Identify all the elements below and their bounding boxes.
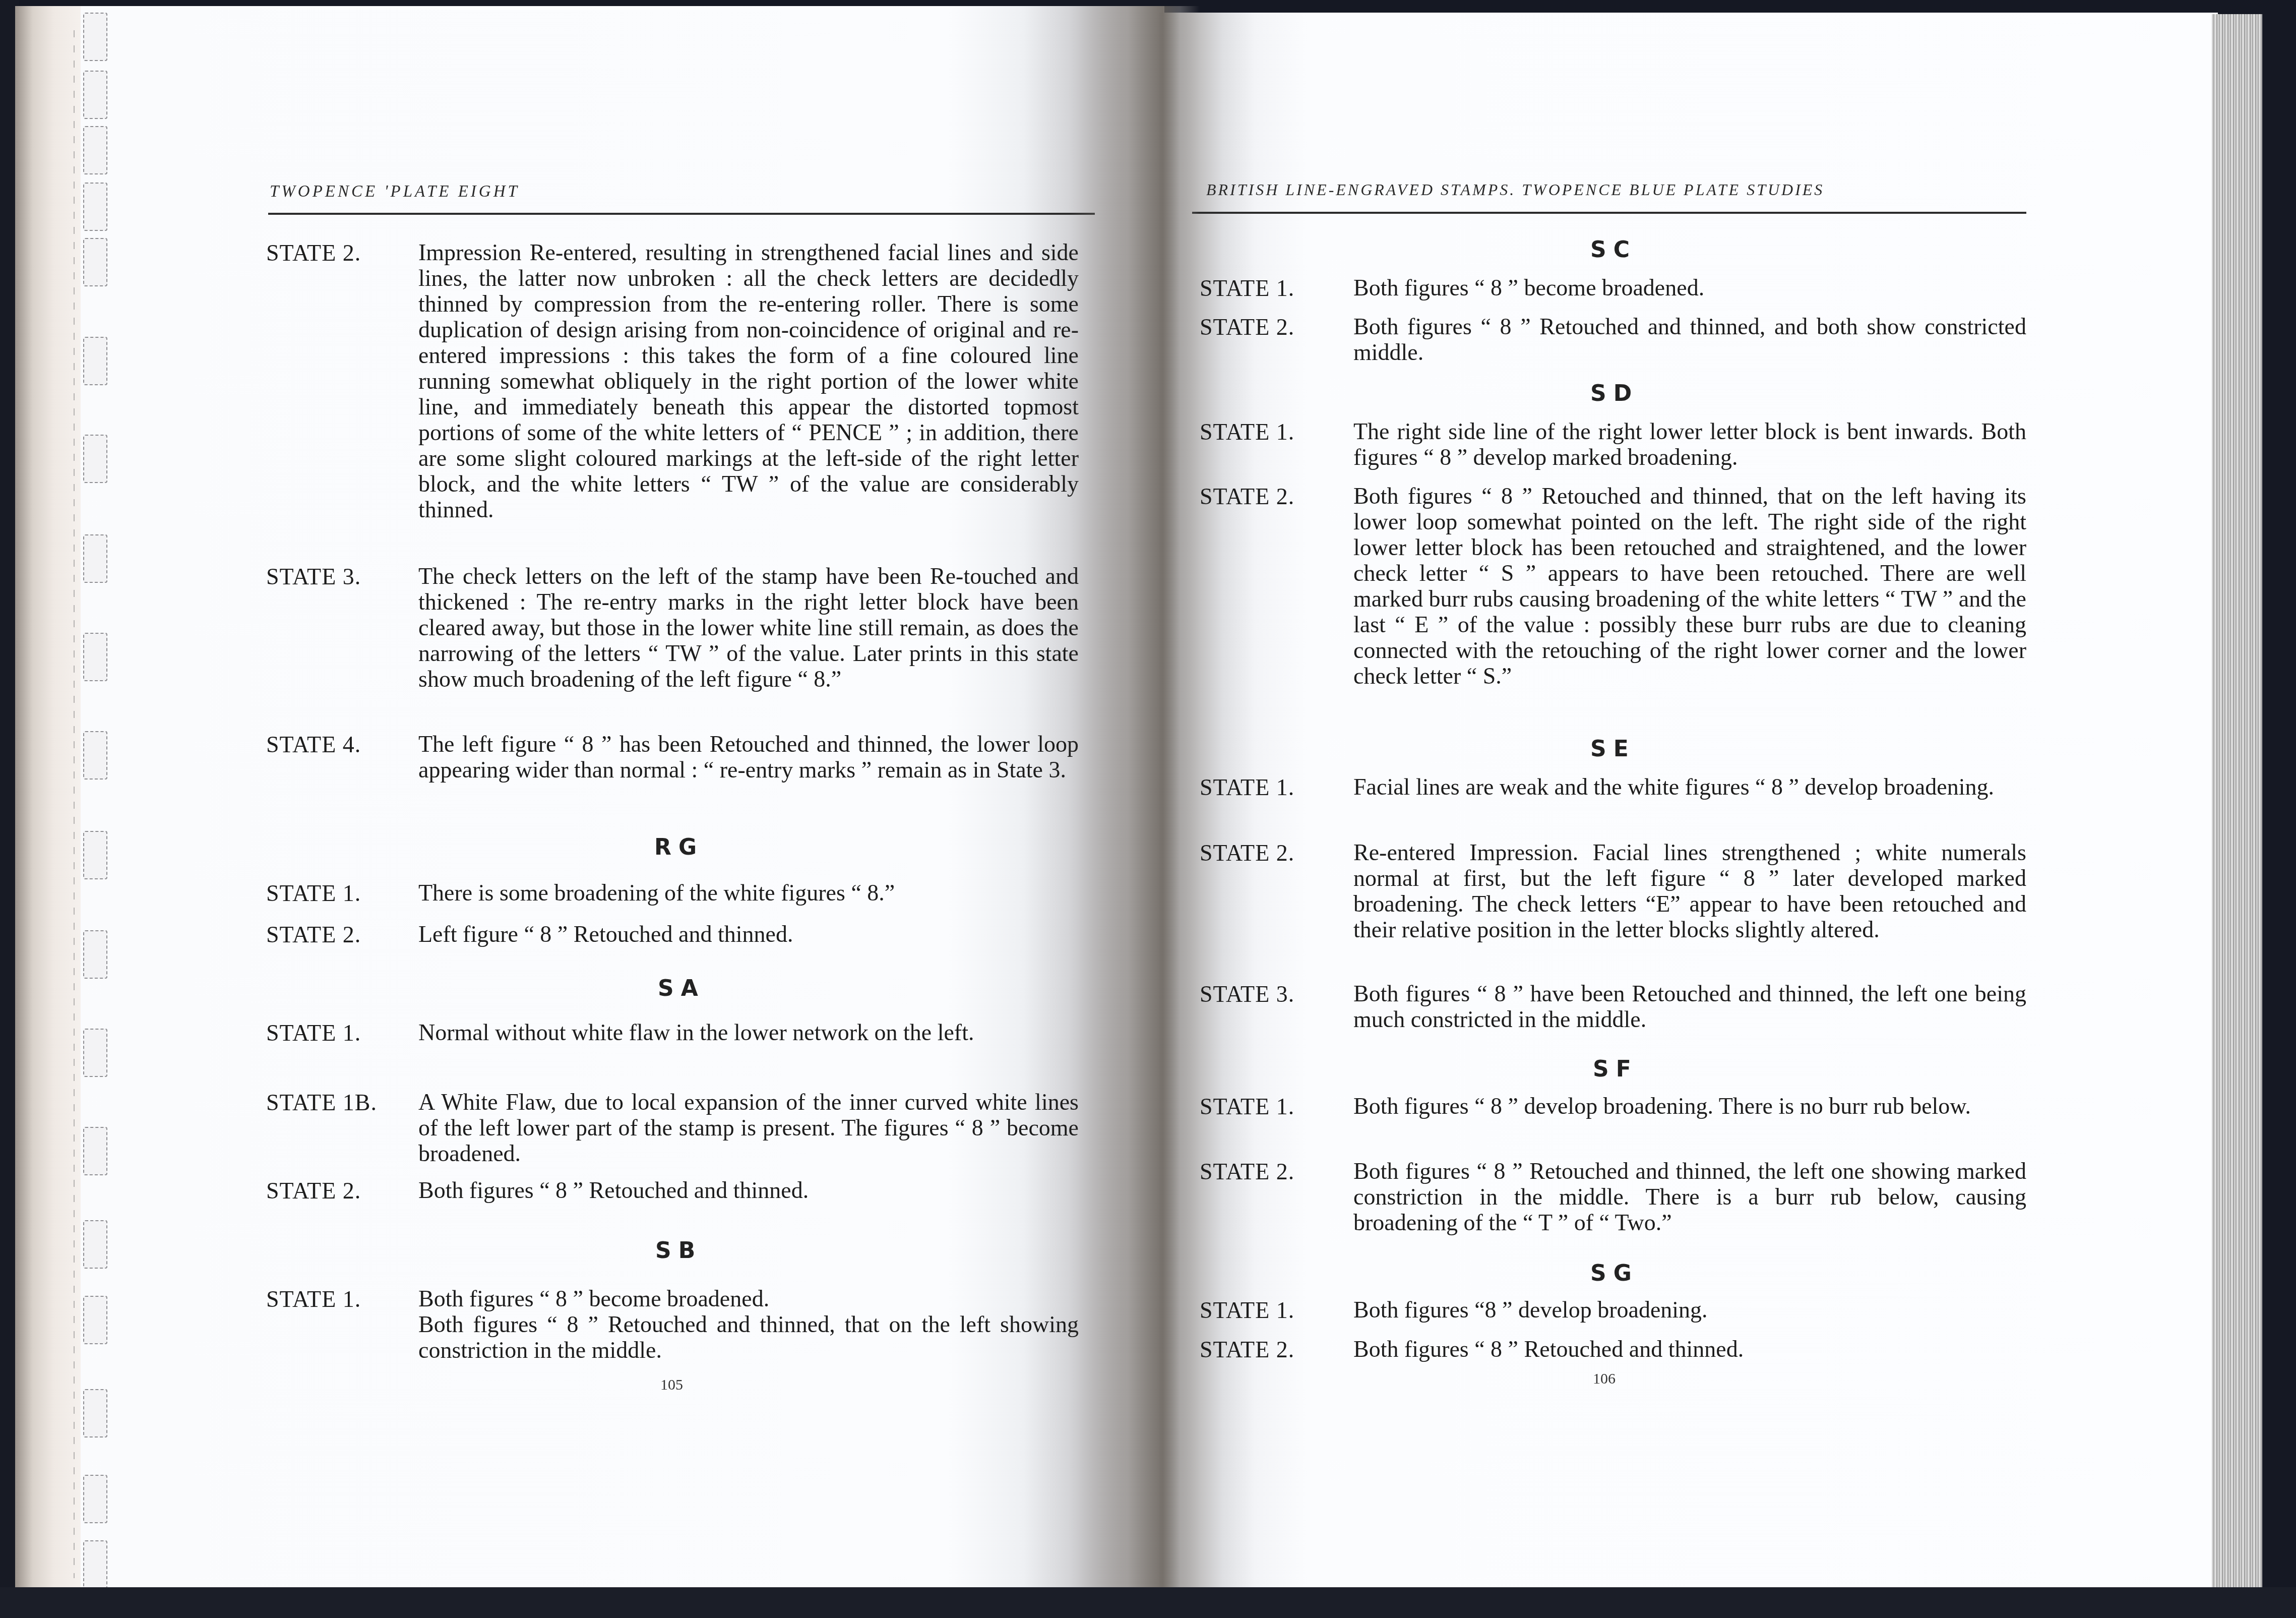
state-label: STATE 2. [266, 921, 361, 948]
state-description: The check letters on the left of the sta… [418, 563, 1079, 692]
state-label: STATE 2. [266, 239, 361, 266]
state-label: STATE 1. [1200, 1297, 1294, 1324]
state-label: STATE 2. [1200, 314, 1294, 340]
section-heading-sg: SG [1590, 1261, 1639, 1286]
state-description: Both figures “ 8 ” have been Retouched a… [1353, 981, 2026, 1032]
section-heading-sf: SF [1593, 1056, 1638, 1082]
punch-hole [83, 126, 107, 174]
state-label: STATE 3. [1200, 981, 1294, 1007]
state-label: STATE 1. [1200, 275, 1294, 302]
right-running-head: BRITISH LINE-ENGRAVED STAMPS. TWOPENCE B… [1206, 181, 1824, 199]
state-label: STATE 2. [1200, 483, 1294, 510]
scan-frame-bottom [0, 1587, 2296, 1618]
punch-hole [83, 1127, 107, 1175]
state-description: Facial lines are weak and the white figu… [1353, 774, 2026, 800]
state-description: Normal without white flaw in the lower n… [418, 1020, 1079, 1045]
punch-hole [83, 71, 107, 119]
state-description: Both figures “ 8 ” develop broadening. T… [1353, 1093, 2026, 1119]
section-heading-se: SE [1590, 736, 1636, 762]
right-header-rule [1192, 212, 2026, 214]
scan-frame-right [2263, 0, 2296, 1618]
state-label: STATE 1. [1200, 1093, 1294, 1120]
state-label: STATE 1. [266, 1020, 361, 1046]
punch-hole [83, 13, 107, 61]
left-header-rule [268, 213, 1095, 215]
state-description: Both figures “ 8 ” Retouched and thinned… [418, 1311, 1079, 1363]
state-label: STATE 2. [266, 1177, 361, 1204]
punch-hole [83, 337, 107, 385]
left-running-head: TWOPENCE 'PLATE EIGHT [270, 183, 520, 201]
section-heading-sa: SA [658, 976, 705, 1001]
state-description: There is some broadening of the white fi… [418, 880, 1079, 906]
state-description: Both figures “ 8 ” Retouched and thinned… [418, 1177, 1079, 1203]
punch-hole [83, 731, 107, 780]
state-label: STATE 1. [266, 880, 361, 907]
state-label: STATE 1. [266, 1286, 361, 1312]
punch-hole [83, 435, 107, 483]
state-label: STATE 1B. [266, 1089, 377, 1116]
gutter-shadow [1069, 6, 1200, 1589]
state-description: The right side line of the right lower l… [1353, 418, 2026, 470]
state-description: Left figure “ 8 ” Retouched and thinned. [418, 921, 1079, 947]
state-description: Both figures “8 ” develop broadening. [1353, 1297, 2026, 1323]
punch-hole [83, 1220, 107, 1269]
state-description: Both figures “ 8 ” Retouched and thinned… [1353, 314, 2026, 365]
section-heading-sd: SD [1590, 381, 1639, 406]
state-label: STATE 1. [1200, 774, 1294, 801]
state-description: The left figure “ 8 ” has been Retouched… [418, 731, 1079, 783]
state-label: STATE 2. [1200, 1336, 1294, 1363]
punch-hole [83, 1029, 107, 1077]
punch-hole [83, 183, 107, 231]
punch-hole [83, 238, 107, 286]
state-description: Both figures “ 8 ” become broadened. [1353, 275, 2026, 301]
punch-hole [83, 930, 107, 979]
page-block-edges [2212, 14, 2262, 1587]
state-label: STATE 2. [1200, 1158, 1294, 1185]
state-description: Both figures “ 8 ” Retouched and thinned… [1353, 1158, 2026, 1235]
punch-hole [83, 1389, 107, 1437]
punch-hole [83, 1296, 107, 1344]
section-heading-rg: RG [654, 834, 704, 860]
binding-perforation-line [74, 30, 75, 1578]
punch-hole [83, 1475, 107, 1523]
book-binding-edge [15, 6, 86, 1589]
state-description: Both figures “ 8 ” Retouched and thinned… [1353, 483, 2026, 689]
state-label: STATE 2. [1200, 840, 1294, 866]
state-label: STATE 1. [1200, 418, 1294, 445]
state-description: Impression Re-entered, resulting in stre… [418, 239, 1079, 522]
section-heading-sc: SC [1590, 237, 1637, 263]
page-number-left: 105 [660, 1376, 683, 1394]
punch-hole [83, 1540, 107, 1589]
punch-hole [83, 534, 107, 583]
punch-hole [83, 633, 107, 681]
punch-hole [83, 831, 107, 879]
state-description: A White Flaw, due to local expansion of … [418, 1089, 1079, 1166]
section-heading-sb: SB [655, 1238, 702, 1264]
state-description: Both figures “ 8 ” Retouched and thinned… [1353, 1336, 2026, 1362]
state-label: STATE 3. [266, 563, 361, 590]
state-description: Both figures “ 8 ” become broadened. [418, 1286, 1079, 1311]
state-label: STATE 4. [266, 731, 361, 758]
page-number-right: 106 [1593, 1370, 1616, 1388]
state-description: Re-entered Impression. Facial lines stre… [1353, 840, 2026, 942]
